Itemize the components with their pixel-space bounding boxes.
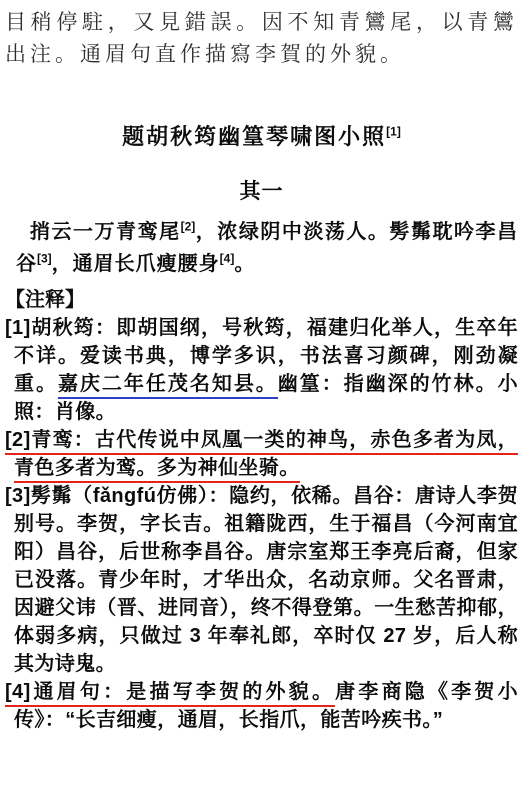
- footnote-ref: [3]: [37, 251, 52, 265]
- poem-verse: 捎云一万青鸾尾[2]，浓绿阴中淡荡人。髣髴耽吟李昌谷[3]，通眉长爪瘦腰身[4]…: [5, 216, 518, 280]
- text-run: 目稍停駐，又見錯誤。因不知青鸞尾，以青鸞出注。通眉句直作描寫李賀的外貌。: [5, 10, 518, 66]
- text-run: ，通眉长爪瘦腰身: [52, 253, 220, 275]
- intro-paragraph: 目稍停駐，又見錯誤。因不知青鸞尾，以青鸞出注。通眉句直作描寫李賀的外貌。: [5, 6, 518, 70]
- text-run: 题胡秋筠幽篁琴啸图小照: [122, 124, 386, 149]
- notes-list: [1]胡秋筠：即胡国纲，号秋筠，福建归化举人，生卒年不详。爱读书典，博学多识，书…: [5, 314, 518, 734]
- underlined-blue-text: 嘉庆二年任茂名知县。: [58, 373, 278, 399]
- footnote-ref: [2]: [181, 219, 196, 233]
- text-run: 。: [234, 253, 255, 275]
- note-item-2: [2]青鸾：古代传说中凤凰一类的神鸟，赤色多者为凤，青色多者为鸾。多为神仙坐骑。: [5, 426, 518, 482]
- page-container: 目稍停駐，又見錯誤。因不知青鸞尾，以青鸞出注。通眉句直作描寫李賀的外貌。 题胡秋…: [0, 0, 526, 803]
- text-run: 捎云一万青鸾尾: [30, 221, 181, 243]
- book-page-screenshot: { "colors": { "text": "#161616", "backgr…: [0, 0, 526, 803]
- note-item-4: [4]通眉句：是描写李贺的外貌。唐李商隐《李贺小传》：“长吉细瘦，通眉，长指爪，…: [5, 678, 518, 734]
- underlined-red-text: [4]通眉句：是描写李贺的外貌。: [5, 681, 335, 707]
- notes-section-header: 【注释】: [5, 286, 518, 314]
- text-run: [3]髣髴（fǎngfú仿佛）：隐约，依稀。昌谷：唐诗人李贺别号。李贺，字长吉。…: [5, 485, 518, 675]
- underlined-red-text: [2]青鸾：古代传说中凤凰一类的神鸟，赤色多者为凤，青色多者为鸾。多为神仙坐骑。: [5, 429, 518, 483]
- poem-title: 题胡秋筠幽篁琴啸图小照[1]: [5, 122, 518, 152]
- note-item-3: [3]髣髴（fǎngfú仿佛）：隐约，依稀。昌谷：唐诗人李贺别号。李贺，字长吉。…: [5, 482, 518, 678]
- footnote-ref: [4]: [220, 251, 235, 265]
- note-item-1: [1]胡秋筠：即胡国纲，号秋筠，福建归化举人，生卒年不详。爱读书典，博学多识，书…: [5, 314, 518, 426]
- poem-subtitle: 其一: [5, 178, 518, 206]
- footnote-ref: [1]: [386, 125, 401, 139]
